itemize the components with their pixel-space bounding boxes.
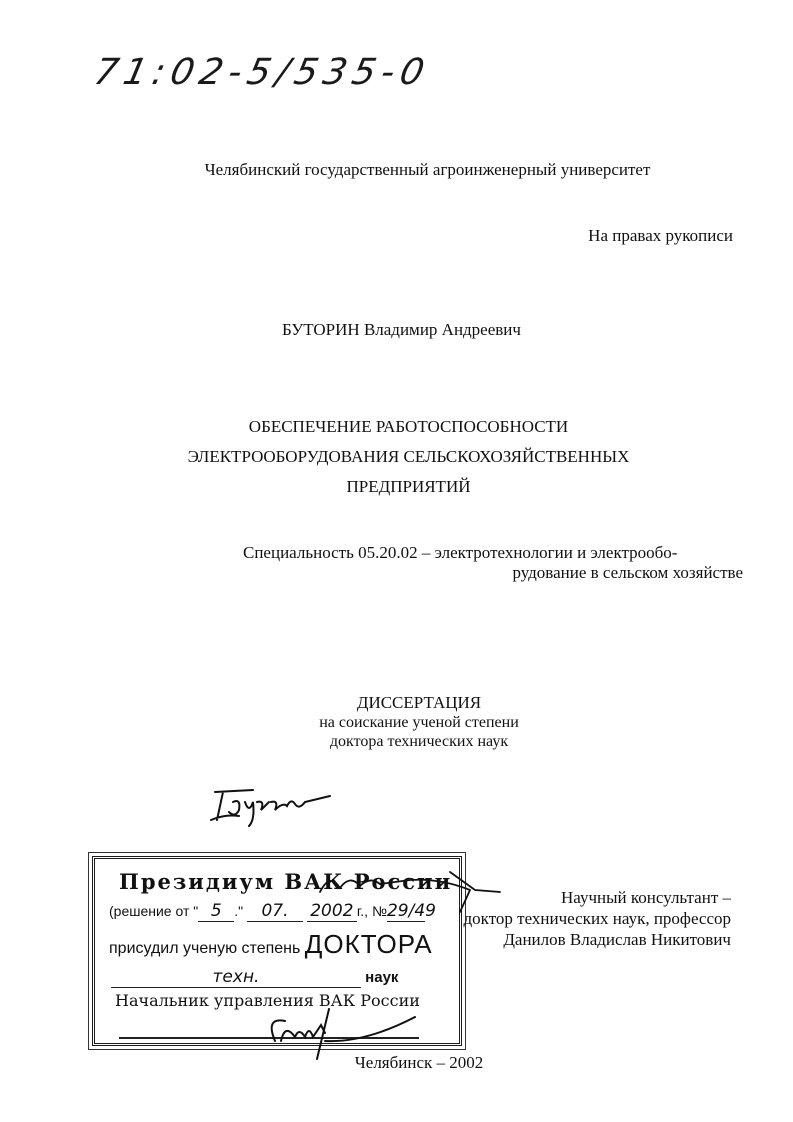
consultant-degree: доктор технических наук, профессор — [464, 908, 731, 929]
decision-prefix: (решение от " — [109, 903, 198, 919]
specialty-block: Специальность 05.20.02 – электротехнолог… — [243, 543, 743, 583]
archive-code-handwritten: 71:02-5/535-0 — [91, 52, 434, 93]
dissertation-type: ДИССЕРТАЦИЯ — [45, 693, 793, 713]
decision-day: 5 — [198, 901, 234, 922]
stamp-degree-line: присудил ученую степень ДОКТОРА — [109, 929, 433, 960]
quote-separator: ." — [234, 903, 243, 919]
institution-name: Челябинский государственный агроинженерн… — [0, 160, 793, 180]
field-suffix: наук — [365, 969, 398, 986]
consultant-role: Научный консультант – — [464, 887, 731, 908]
title-line-1: ОБЕСПЕЧЕНИЕ РАБОТОСПОСОБНОСТИ — [24, 412, 793, 442]
dissertation-degree-line: на соискание ученой степени — [45, 713, 793, 732]
dissertation-title: ОБЕСПЕЧЕНИЕ РАБОТОСПОСОБНОСТИ ЭЛЕКТРООБО… — [0, 412, 793, 502]
specialty-line-2: рудование в сельском хозяйстве — [243, 563, 743, 583]
consultant-name: Данилов Владислав Никитович — [464, 929, 731, 950]
title-line-2: ЭЛЕКТРООБОРУДОВАНИЯ СЕЛЬСКОХОЗЯЙСТВЕННЫХ — [24, 442, 793, 472]
specialty-line-1: Специальность 05.20.02 – электротехнолог… — [243, 543, 743, 563]
decision-month: 07. — [247, 901, 303, 922]
field-handwritten: техн. — [111, 967, 361, 988]
degree-awarded: ДОКТОРА — [305, 929, 433, 959]
dissertation-field-line: доктора технических наук — [45, 732, 793, 751]
degree-prefix: присудил ученую степень — [109, 940, 300, 957]
author-name: БУТОРИН Владимир Андреевич — [0, 320, 793, 340]
stamp-field-line: техн. наук — [111, 967, 398, 988]
author-signature-icon — [195, 780, 335, 830]
manuscript-note: На правах рукописи — [588, 226, 733, 246]
city-year: Челябинск – 2002 — [0, 1053, 793, 1073]
title-line-3: ПРЕДПРИЯТИЙ — [24, 472, 793, 502]
dissertation-degree-block: ДИССЕРТАЦИЯ на соискание ученой степени … — [0, 693, 793, 751]
scientific-consultant: Научный консультант – доктор технических… — [464, 887, 731, 950]
